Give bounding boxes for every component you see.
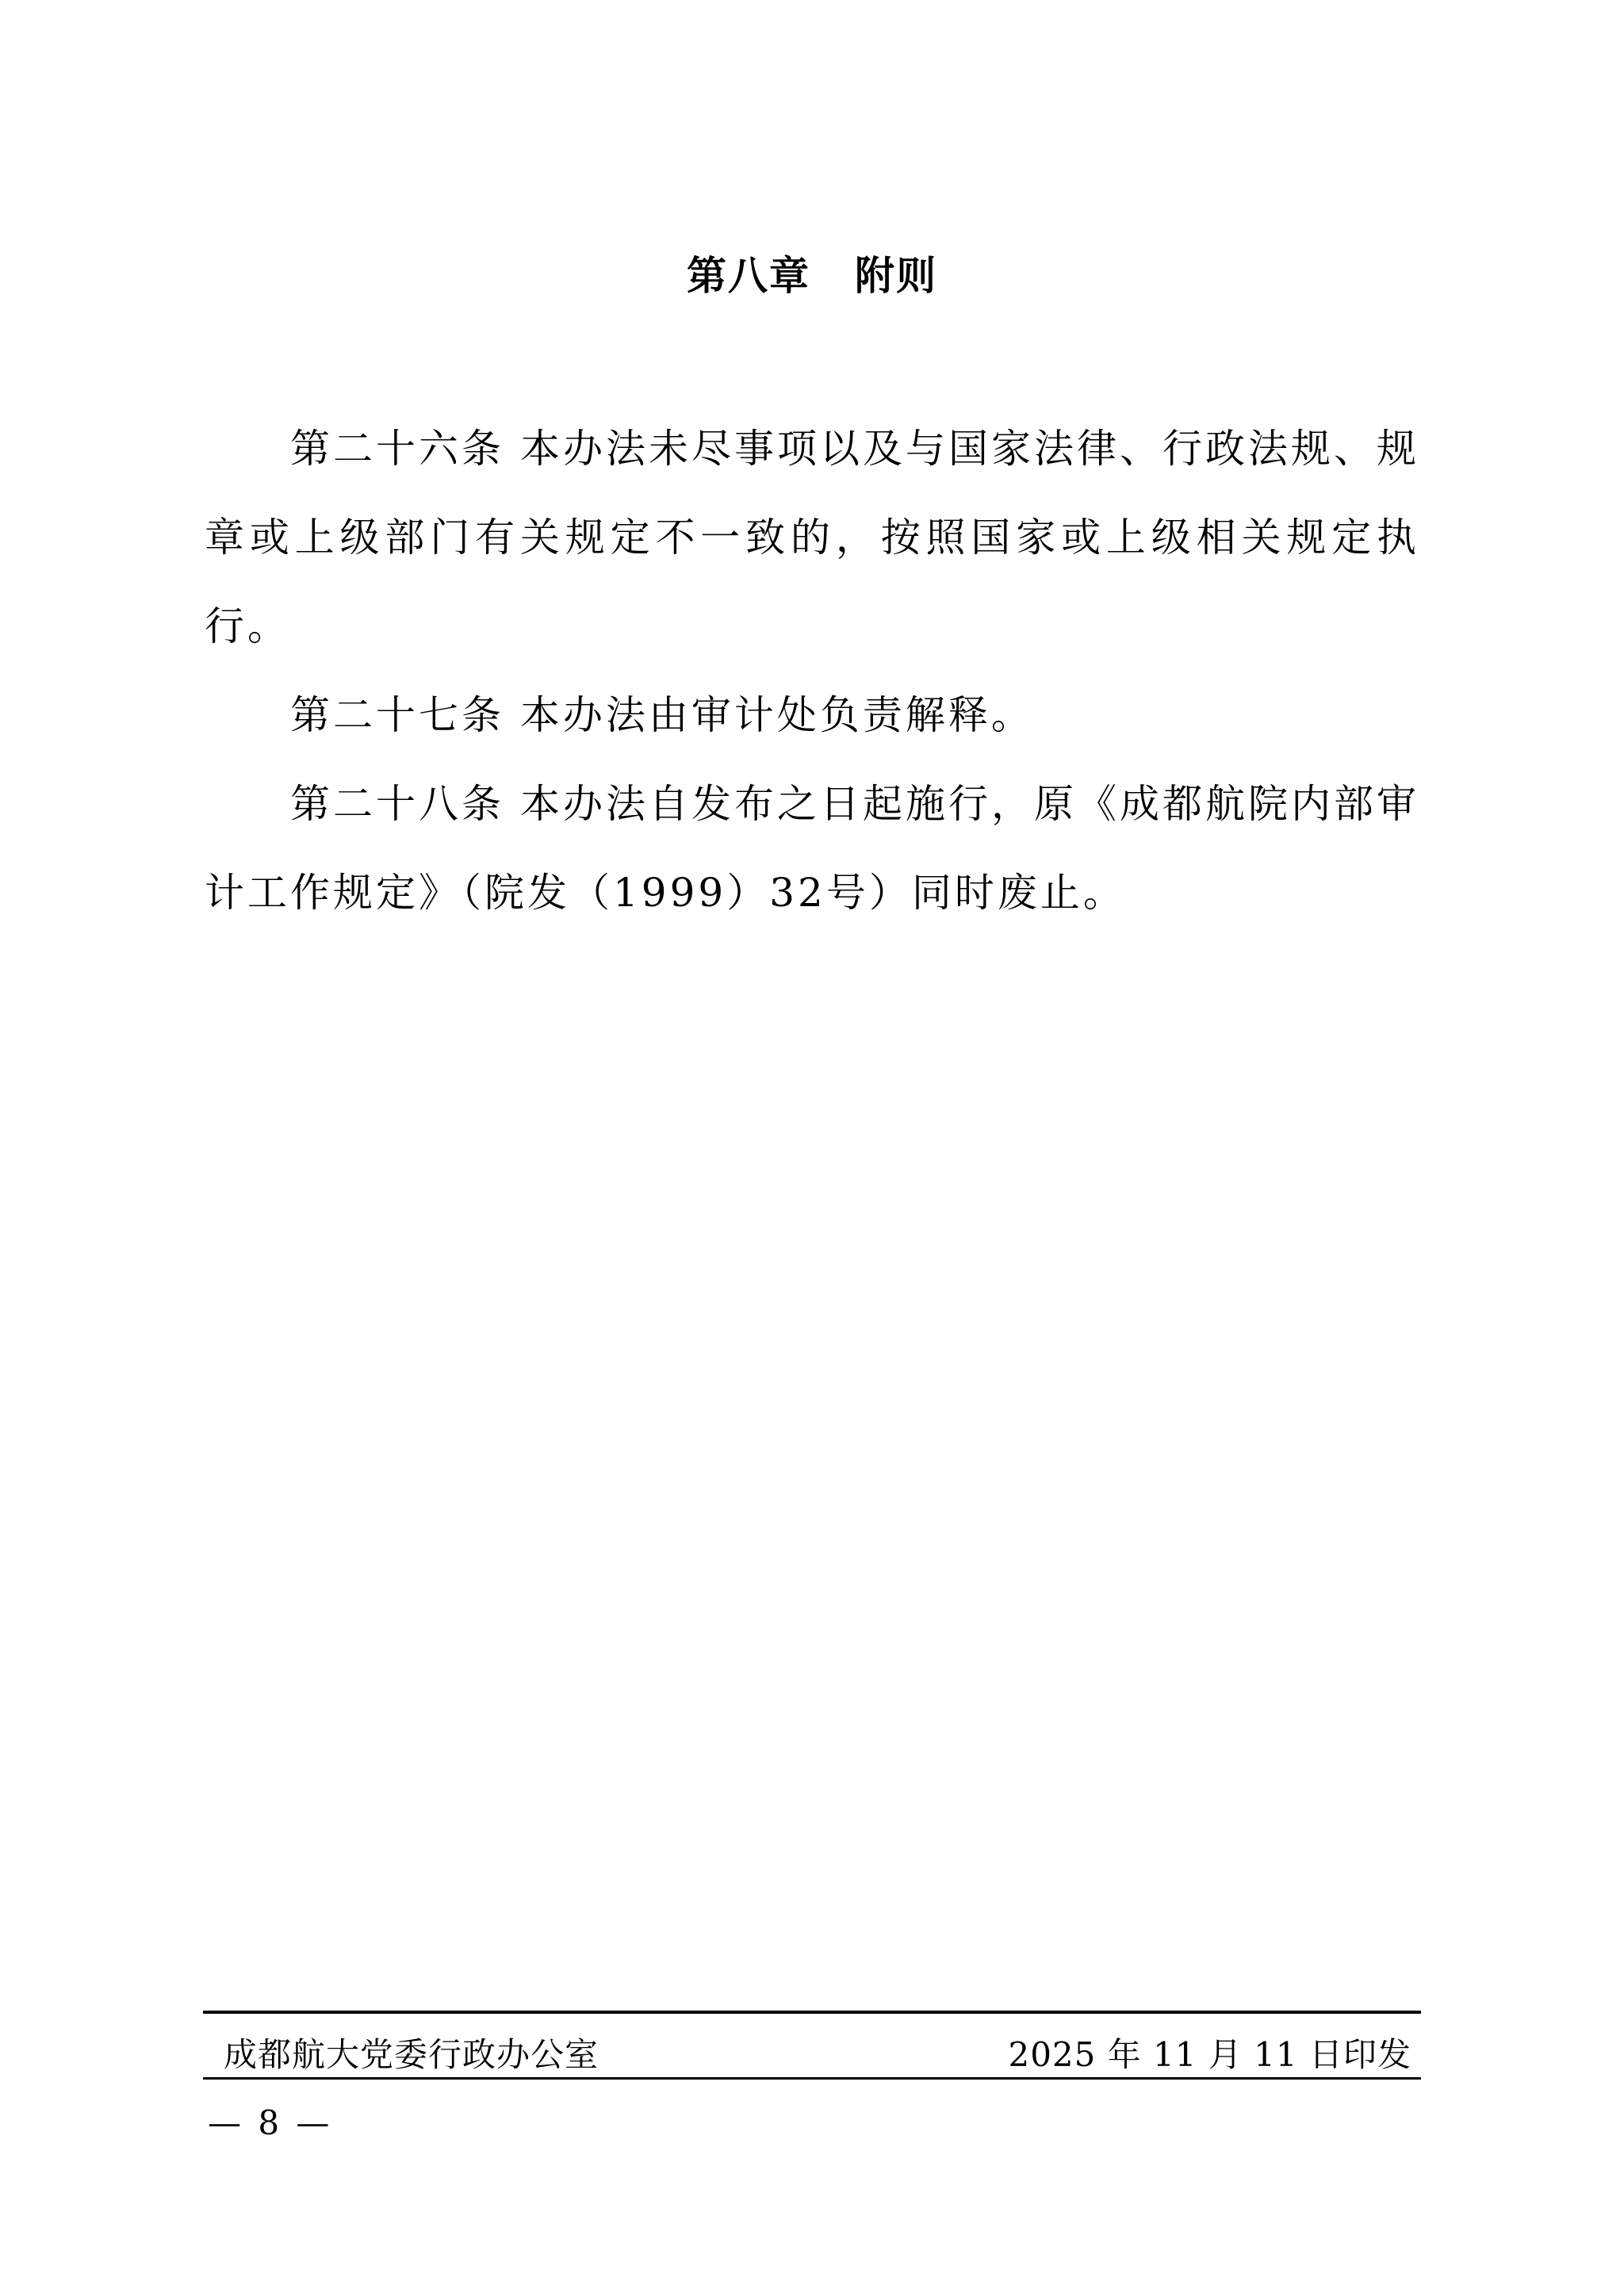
issuer-name: 成都航大党委行政办公室 bbox=[203, 2033, 599, 2077]
article-26: 第二十六条 本办法未尽事项以及与国家法律、行政法规、规章或上级部门有关规定不一致… bbox=[205, 404, 1419, 671]
document-page: 第八章附则 第二十六条 本办法未尽事项以及与国家法律、行政法规、规章或上级部门有… bbox=[0, 0, 1624, 2296]
chapter-heading: 第八章附则 bbox=[0, 252, 1624, 300]
page-number: — 8 — bbox=[208, 2099, 332, 2147]
article-text: 本办法由审计处负责解释。 bbox=[520, 692, 1034, 738]
issuance-footer: 成都航大党委行政办公室 2025 年 11 月 11 日印发 bbox=[203, 2030, 1421, 2077]
footer-divider-top bbox=[203, 2011, 1421, 2014]
article-27: 第二十七条 本办法由审计处负责解释。 bbox=[205, 671, 1419, 760]
document-body: 第二十六条 本办法未尽事项以及与国家法律、行政法规、规章或上级部门有关规定不一致… bbox=[205, 404, 1419, 937]
article-label: 第二十八条 bbox=[290, 781, 504, 827]
chapter-title: 附则 bbox=[855, 253, 937, 299]
article-label: 第二十七条 bbox=[290, 692, 504, 738]
chapter-number: 第八章 bbox=[687, 253, 810, 299]
footer-divider-bottom bbox=[203, 2077, 1421, 2080]
article-28: 第二十八条 本办法自发布之日起施行，原《成都航院内部审计工作规定》（院发（199… bbox=[205, 760, 1419, 937]
article-label: 第二十六条 bbox=[290, 426, 504, 472]
issue-date: 2025 年 11 月 11 日印发 bbox=[1008, 2033, 1421, 2077]
